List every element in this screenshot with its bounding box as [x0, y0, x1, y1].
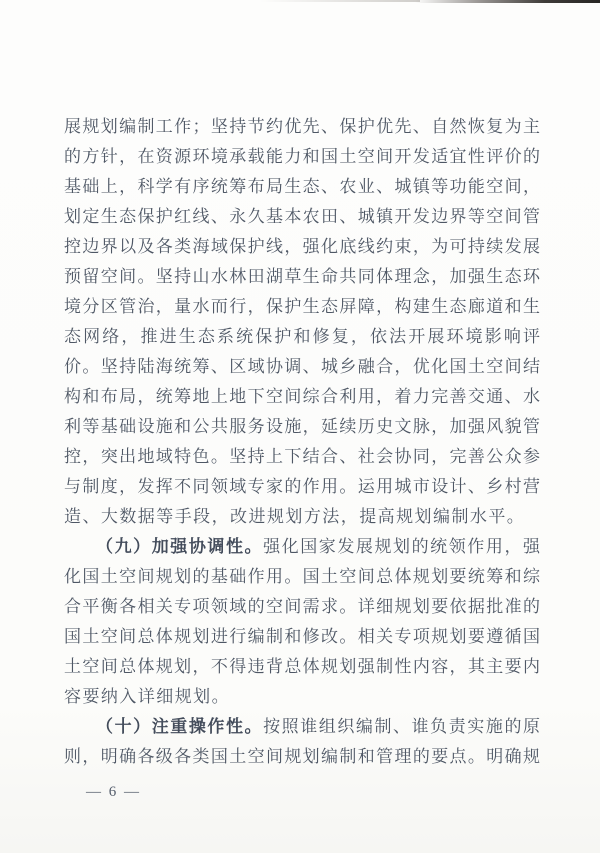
text-line: 价。坚持陆海统筹、区域协调、城乡融合，优化国土空间结 [64, 352, 540, 382]
text-line: 预留空间。坚持山水林田湖草生命共同体理念，加强生态环 [64, 262, 540, 292]
text-line-content: 控，突出地域特色。坚持上下结合、社会协同，完善公众参 [64, 447, 540, 466]
text-line: 则，明确各级各类国土空间规划编制和管理的要点。明确规 [64, 742, 540, 772]
scan-edge-artifact-faint [260, 0, 420, 2]
text-line-content: 则，明确各级各类国土空间规划编制和管理的要点。明确规 [64, 747, 540, 766]
text-line-content: 构和布局，统筹地上地下空间综合利用，着力完善交通、水 [64, 387, 540, 406]
text-line: 基础上，科学有序统筹布局生态、农业、城镇等功能空间， [64, 172, 540, 202]
document-body: 展规划编制工作；坚持节约优先、保护优先、自然恢复为主的方针，在资源环境承载能力和… [64, 112, 540, 772]
text-line: 化国土空间规划的基础作用。国土空间总体规划要统筹和综 [64, 562, 540, 592]
text-line-content: 的方针，在资源环境承载能力和国土空间开发适宜性评价的 [64, 147, 540, 166]
text-line: 划定生态保护红线、永久基本农田、城镇开发边界等空间管 [64, 202, 540, 232]
text-line-content: 预留空间。坚持山水林田湖草生命共同体理念，加强生态环 [64, 267, 540, 286]
text-line-content: 基础上，科学有序统筹布局生态、农业、城镇等功能空间， [64, 177, 540, 196]
text-line-content: 土空间总体规划，不得违背总体规划强制性内容，其主要内 [64, 657, 540, 676]
text-line-content: 展规划编制工作；坚持节约优先、保护优先、自然恢复为主 [64, 117, 540, 136]
text-line-content: 划定生态保护红线、永久基本农田、城镇开发边界等空间管 [64, 207, 540, 226]
text-line-content: 合平衡各相关专项领域的空间需求。详细规划要依据批准的 [64, 597, 540, 616]
document-page: 展规划编制工作；坚持节约优先、保护优先、自然恢复为主的方针，在资源环境承载能力和… [0, 0, 600, 853]
text-line-content: 造、大数据等手段，改进规划方法，提高规划编制水平。 [64, 507, 525, 526]
text-line-content: 态网络，推进生态系统保护和修复，依法开展环境影响评 [64, 327, 540, 346]
text-line-content: 控边界以及各类海域保护线，强化底线约束，为可持续发展 [64, 237, 540, 256]
text-line: 合平衡各相关专项领域的空间需求。详细规划要依据批准的 [64, 592, 540, 622]
text-line: 土空间总体规划，不得违背总体规划强制性内容，其主要内 [64, 652, 540, 682]
text-line: 控边界以及各类海域保护线，强化底线约束，为可持续发展 [64, 232, 540, 262]
text-line: 国土空间总体规划进行编制和修改。相关专项规划要遵循国 [64, 622, 540, 652]
text-line: 的方针，在资源环境承载能力和国土空间开发适宜性评价的 [64, 142, 540, 172]
text-line: （九）加强协调性。强化国家发展规划的统领作用，强 [64, 532, 540, 562]
text-line-content: 按照谁组织编制、谁负责实施的原 [263, 717, 540, 736]
text-line-content: 容要纳入详细规划。 [64, 687, 230, 706]
scan-edge-artifact [415, 0, 600, 3]
text-line: 造、大数据等手段，改进规划方法，提高规划编制水平。 [64, 502, 540, 532]
text-line-content: 强化国家发展规划的统领作用，强 [263, 537, 540, 556]
paragraph-heading: （十）注重操作性。 [96, 717, 263, 736]
text-line-content: 价。坚持陆海统筹、区域协调、城乡融合，优化国土空间结 [64, 357, 540, 376]
text-line: 控，突出地域特色。坚持上下结合、社会协同，完善公众参 [64, 442, 540, 472]
text-line: 利等基础设施和公共服务设施，延续历史文脉，加强风貌管 [64, 412, 540, 442]
text-line-content: 与制度，发挥不同领域专家的作用。运用城市设计、乡村营 [64, 477, 540, 496]
paragraph-heading: （九）加强协调性。 [96, 537, 263, 556]
page-number: — 6 — [86, 782, 141, 802]
text-line: 构和布局，统筹地上地下空间综合利用，着力完善交通、水 [64, 382, 540, 412]
text-line-content: 境分区管治，量水而行，保护生态屏障，构建生态廊道和生 [64, 297, 540, 316]
text-line-content: 利等基础设施和公共服务设施，延续历史文脉，加强风貌管 [64, 417, 540, 436]
text-line: 展规划编制工作；坚持节约优先、保护优先、自然恢复为主 [64, 112, 540, 142]
text-line: 与制度，发挥不同领域专家的作用。运用城市设计、乡村营 [64, 472, 540, 502]
text-line-content: 化国土空间规划的基础作用。国土空间总体规划要统筹和综 [64, 567, 540, 586]
text-line: 境分区管治，量水而行，保护生态屏障，构建生态廊道和生 [64, 292, 540, 322]
text-line: 态网络，推进生态系统保护和修复，依法开展环境影响评 [64, 322, 540, 352]
text-line: （十）注重操作性。按照谁组织编制、谁负责实施的原 [64, 712, 540, 742]
text-line-content: 国土空间总体规划进行编制和修改。相关专项规划要遵循国 [64, 627, 540, 646]
text-line: 容要纳入详细规划。 [64, 682, 540, 712]
